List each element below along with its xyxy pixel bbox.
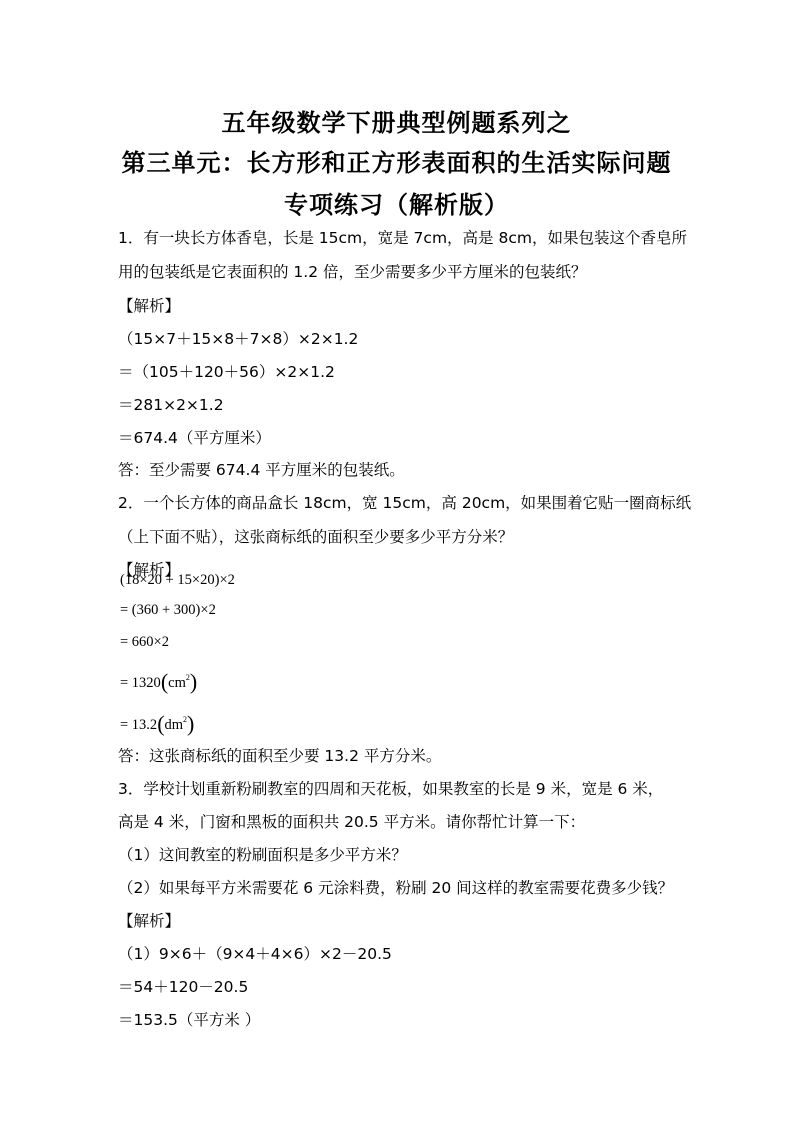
page-title-line2: 第三单元：长方形和正方形表面积的生活实际问题	[0, 143, 793, 178]
formula-line: = 660×2	[120, 632, 169, 652]
solution-line: ＝281×2×1.2	[118, 395, 224, 415]
question-line: （上下面不贴），这张商标纸的面积至少要多少平方分米？	[118, 527, 513, 547]
question-line: 1．有一块长方体香皂，长是 15cm，宽是 7cm，高是 8cm，如果包装这个香…	[118, 228, 687, 248]
question-line: 2．一个长方体的商品盒长 18cm，宽 15cm，高 20cm，如果围着它贴一圈…	[118, 493, 691, 513]
solution-line: ＝（105＋120＋56）×2×1.2	[118, 362, 335, 382]
formula-line: = (360 + 300)×2	[120, 600, 216, 620]
formula-value: = 1320	[120, 675, 161, 691]
question-line: （2）如果每平方米需要花 6 元涂料费，粉刷 20 间这样的教室需要花费多少钱？	[118, 878, 673, 898]
question-line: 用的包装纸是它表面积的 1.2 倍，至少需要多少平方厘米的包装纸？	[118, 262, 587, 282]
formula-line: (18×20 + 15×20)×2	[120, 570, 235, 590]
formula-value: = 13.2	[120, 717, 157, 733]
unit-cm: cm	[168, 675, 186, 691]
answer-line: 答：这张商标纸的面积至少要 13.2 平方分米。	[118, 746, 441, 766]
solution-line: （15×7＋15×8＋7×8）×2×1.2	[118, 329, 358, 349]
question-line: 3．学校计划重新粉刷教室的四周和天花板，如果教室的长是 9 米，宽是 6 米，	[118, 779, 663, 799]
question-line: （1）这间教室的粉刷面积是多少平方米？	[118, 845, 407, 865]
solution-line: ＝674.4（平方厘米）	[118, 428, 271, 448]
answer-line: 答：至少需要 674.4 平方厘米的包装纸。	[118, 460, 405, 480]
question-line: 高是 4 米，门窗和黑板的面积共 20.5 平方米。请你帮忙计算一下：	[118, 812, 585, 832]
analysis-label: 【解析】	[118, 296, 180, 316]
unit-dm: dm	[165, 717, 184, 733]
analysis-label: 【解析】	[118, 911, 180, 931]
page-title-line3: 专项练习（解析版）	[0, 185, 793, 220]
formula-line: = 13.2(dm2)	[120, 710, 194, 735]
page-title-line1: 五年级数学下册典型例题系列之	[0, 103, 793, 138]
solution-line: ＝153.5（平方米 ）	[118, 1010, 260, 1030]
solution-line: ＝54＋120－20.5	[118, 977, 248, 997]
solution-line: （1）9×6＋（9×4＋4×6）×2－20.5	[118, 944, 392, 964]
formula-line: = 1320(cm2)	[120, 668, 197, 693]
